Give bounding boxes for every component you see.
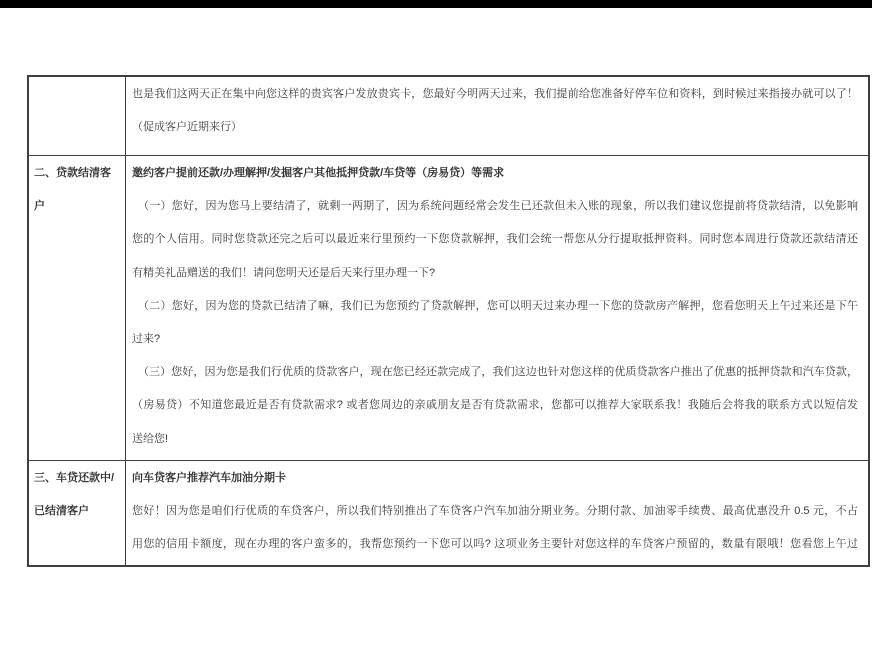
row-content-cell: 也是我们这两天正在集中向您这样的贵宾客户发放贵宾卡，您最好今明两天过来，我们提前… (126, 76, 870, 156)
row-label-line: 户 (34, 190, 122, 223)
top-black-bar (0, 0, 872, 8)
paragraph-line: （促成客户近期来行） (132, 111, 858, 144)
paragraph-line: 送给您! (132, 423, 858, 456)
paragraph-line: 有精美礼品赠送的我们！请问您明天还是后天来行里办理一下? (132, 257, 858, 290)
table-row: 也是我们这两天正在集中向您这样的贵宾客户发放贵宾卡，您最好今明两天过来，我们提前… (28, 76, 869, 156)
paragraph-line: （房易贷）不知道您最近是否有贷款需求? 或者您周边的亲戚朋友是否有贷款需求，您都… (132, 389, 858, 422)
paragraph-line: 您的个人信用。同时您贷款还完之后可以最近来行里预约一下您贷款解押，我们会统一帮您… (132, 223, 858, 256)
call-script-table: 也是我们这两天正在集中向您这样的贵宾客户发放贵宾卡，您最好今明两天过来，我们提前… (27, 75, 870, 567)
row-content-cell: 邀约客户提前还款/办理解押/发掘客户其他抵押贷款/车贷等（房易贷）等需求 （一）… (126, 156, 870, 461)
row-label-cell (28, 76, 126, 156)
section-heading: 邀约客户提前还款/办理解押/发掘客户其他抵押贷款/车贷等（房易贷）等需求 (132, 157, 858, 190)
paragraph-line: 也是我们这两天正在集中向您这样的贵宾客户发放贵宾卡，您最好今明两天过来，我们提前… (132, 78, 858, 111)
table-row: 三、车贷还款中/ 已结清客户 向车贷客户推荐汽车加油分期卡 您好！因为您是咱们行… (28, 461, 869, 567)
paragraph-line: 用您的信用卡额度，现在办理的客户蛮多的，我帮您预约一下您可以吗? 这项业务主要针… (132, 528, 858, 561)
paragraph-line: （二）您好，因为您的贷款已结清了嘛，我们已为您预约了贷款解押，您可以明天过来办理… (132, 290, 858, 323)
table-row: 二、贷款结清客 户 邀约客户提前还款/办理解押/发掘客户其他抵押贷款/车贷等（房… (28, 156, 869, 461)
row-label-cell: 二、贷款结清客 户 (28, 156, 126, 461)
paragraph-line: （三）您好，因为您是我们行优质的贷款客户，现在您已经还款完成了，我们这边也针对您… (132, 356, 858, 389)
row-label-line: 已结清客户 (34, 495, 122, 528)
section-heading: 向车贷客户推荐汽车加油分期卡 (132, 462, 858, 495)
row-content-cell: 向车贷客户推荐汽车加油分期卡 您好！因为您是咱们行优质的车贷客户，所以我们特别推… (126, 461, 870, 567)
row-label-line: 二、贷款结清客 (34, 157, 122, 190)
paragraph-line: 您好！因为您是咱们行优质的车贷客户，所以我们特别推出了车贷客户汽车加油分期业务。… (132, 495, 858, 528)
paragraph-line: 过来? (132, 323, 858, 356)
row-label-line: 三、车贷还款中/ (34, 462, 122, 495)
row-label-cell: 三、车贷还款中/ 已结清客户 (28, 461, 126, 567)
paragraph-line: （一）您好，因为您马上要结清了，就剩一两期了，因为系统问题经常会发生已还款但未入… (132, 190, 858, 223)
